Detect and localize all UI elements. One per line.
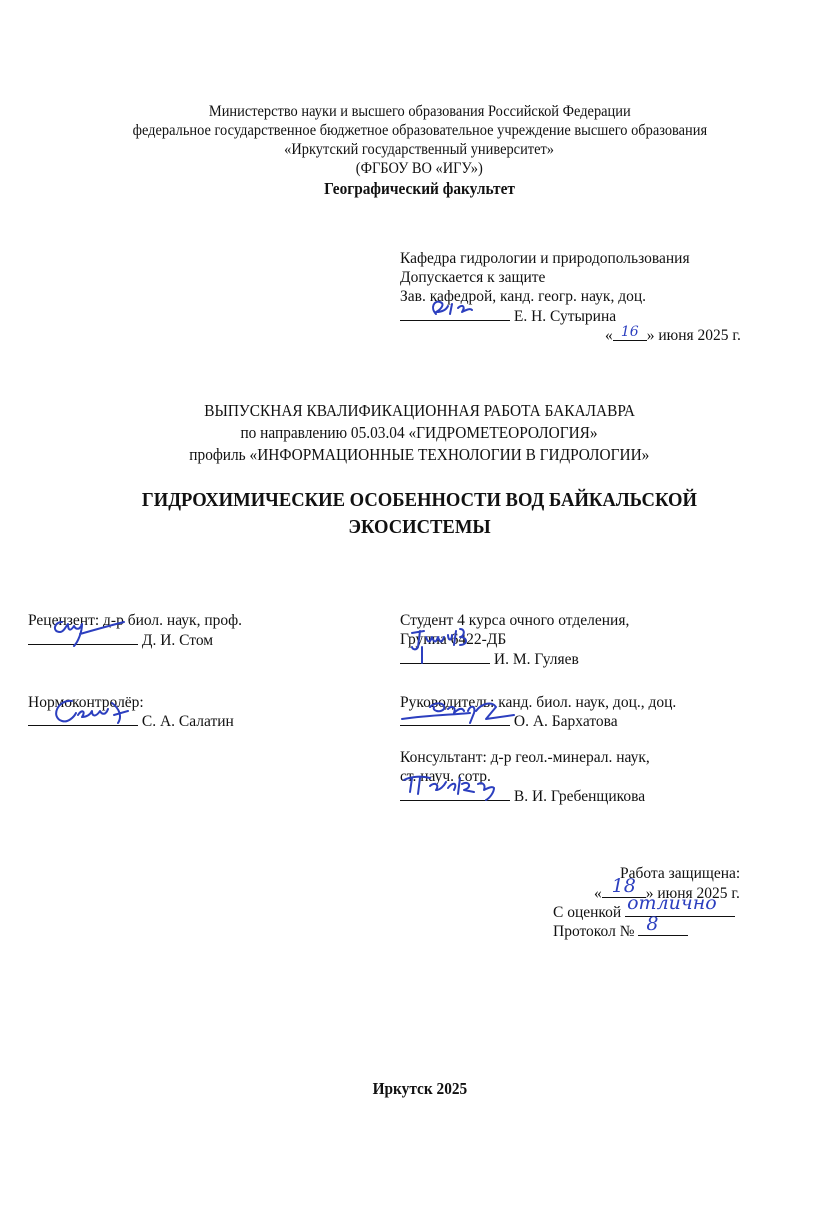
signature-line (400, 306, 510, 321)
protocol-handwritten: 8 (646, 915, 658, 934)
signature-icon (400, 296, 510, 322)
work-profile: профиль «ИНФОРМАЦИОННЫЕ ТЕХНОЛОГИИ В ГИД… (0, 445, 839, 464)
university-line: «Иркутский государственный университет» (0, 140, 839, 159)
date-rest: » июня 2025 г. (647, 327, 741, 344)
work-direction: по направлению 05.03.04 «ГИДРОМЕТЕОРОЛОГ… (0, 423, 839, 442)
ministry-line: Министерство науки и высшего образования… (0, 102, 839, 121)
grade-label: С оценкой (553, 904, 621, 921)
reviewer-name: Д. И. Стом (142, 632, 213, 649)
date-day-line: 16 (613, 326, 647, 341)
date-day-handwritten: 16 (621, 324, 639, 340)
protocol-line: 8 (638, 921, 688, 936)
institution-type-line: федеральное государственное бюджетное об… (0, 121, 839, 140)
institution-type-text: федеральное государственное бюджетное об… (132, 121, 707, 140)
city-year-text: Иркутск 2025 (372, 1079, 467, 1098)
grade-row: С оценкой отлично (553, 902, 735, 922)
work-direction-text: по направлению 05.03.04 «ГИДРОМЕТЕОРОЛОГ… (241, 423, 598, 442)
reviewer-signature-row: Д. И. Стом (28, 630, 213, 650)
date-open-quote: « (605, 327, 613, 344)
date-open-quote: « (594, 885, 602, 902)
admitted-label: Допускается к защите (400, 268, 545, 287)
faculty-line: Географический факультет (0, 179, 839, 198)
work-type-text: ВЫПУСКНАЯ КВАЛИФИКАЦИОННАЯ РАБОТА БАКАЛА… (204, 401, 635, 420)
signature-icon (28, 616, 138, 646)
work-type: ВЫПУСКНАЯ КВАЛИФИКАЦИОННАЯ РАБОТА БАКАЛА… (0, 401, 839, 420)
grade-line: отлично (625, 902, 735, 917)
signature-line (400, 649, 490, 664)
signature-icon (400, 772, 510, 802)
normcontrol-name: С. А. Салатин (142, 713, 234, 730)
ministry-text: Министерство науки и высшего образования… (209, 102, 631, 121)
approval-date: «16» июня 2025 г. (605, 326, 741, 345)
protocol-row: Протокол № 8 (553, 921, 688, 941)
supervisor-signature-row: О. А. Бархатова (400, 711, 618, 731)
head-signature-row: Е. Н. Сутырина (400, 306, 616, 326)
head-name: Е. Н. Сутырина (514, 308, 616, 325)
defended-label: Работа защищена: (620, 864, 740, 883)
university-abbr-line: (ФГБОУ ВО «ИГУ») (0, 159, 839, 178)
signature-icon (400, 697, 520, 727)
department: Кафедра гидрологии и природопользования (400, 249, 690, 268)
signature-icon (28, 695, 144, 727)
grade-handwritten: отлично (627, 894, 717, 913)
thesis-title-text1: ГИДРОХИМИЧЕСКИЕ ОСОБЕННОСТИ ВОД БАЙКАЛЬС… (142, 487, 697, 514)
normcontrol-signature-row: С. А. Салатин (28, 711, 234, 731)
faculty-text: Географический факультет (324, 179, 515, 198)
student-name: И. М. Гуляев (494, 651, 579, 668)
supervisor-name: О. А. Бархатова (514, 713, 618, 730)
signature-line (28, 711, 138, 726)
protocol-label: Протокол № (553, 923, 635, 940)
student-signature-row: И. М. Гуляев (400, 649, 579, 669)
signature-line (28, 630, 138, 645)
signature-line (400, 711, 510, 726)
thesis-title-line1: ГИДРОХИМИЧЕСКИЕ ОСОБЕННОСТИ ВОД БАЙКАЛЬС… (0, 487, 839, 514)
work-profile-text: профиль «ИНФОРМАЦИОННЫЕ ТЕХНОЛОГИИ В ГИД… (189, 445, 649, 464)
university-text: «Иркутский государственный университет» (285, 140, 555, 159)
signature-line (400, 786, 510, 801)
consultant-name: В. И. Гребенщикова (514, 788, 645, 805)
consultant-signature-row: В. И. Гребенщикова (400, 786, 645, 806)
signature-icon (400, 625, 490, 665)
city-year: Иркутск 2025 (0, 1079, 839, 1098)
consultant-label: Консультант: д-р геол.-минерал. наук, (400, 748, 650, 767)
university-abbr-text: (ФГБОУ ВО «ИГУ») (356, 159, 483, 178)
thesis-title-line2: ЭКОСИСТЕМЫ (0, 514, 839, 541)
thesis-title-text2: ЭКОСИСТЕМЫ (348, 514, 490, 541)
